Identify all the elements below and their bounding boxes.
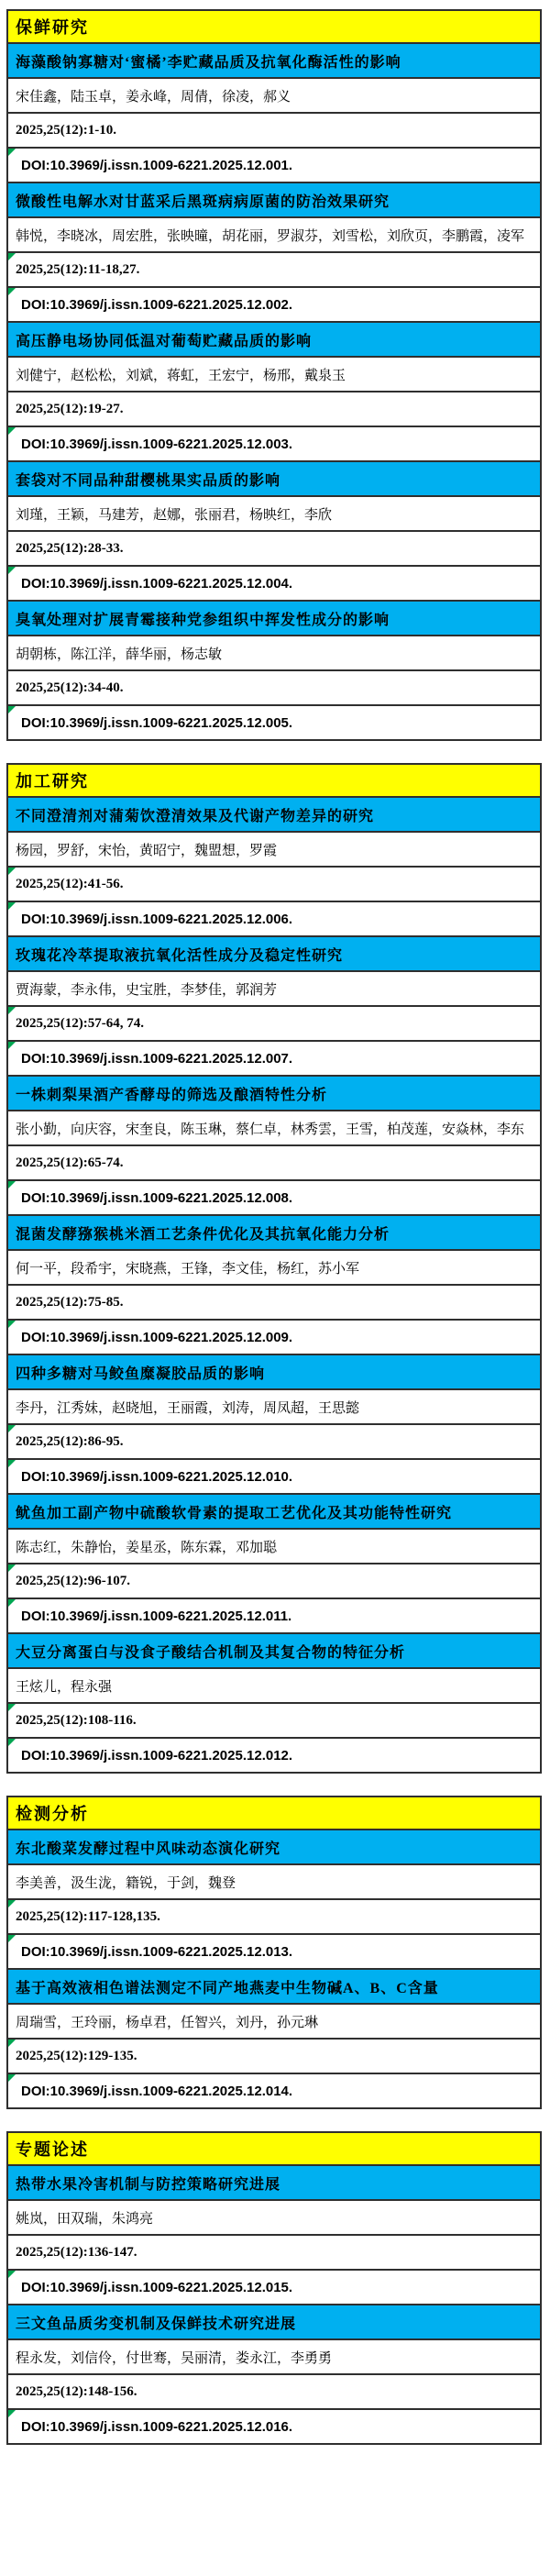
doi-text: DOI:10.3969/j.issn.1009-6221.2025.12.016… bbox=[21, 2419, 292, 2435]
article-citation: 2025,25(12):86-95. bbox=[6, 1423, 542, 1460]
article-citation: 2025,25(12):34-40. bbox=[6, 669, 542, 706]
article-doi: DOI:10.3969/j.issn.1009-6221.2025.12.014… bbox=[6, 2073, 542, 2109]
green-corner-indicator-icon bbox=[8, 1900, 16, 1907]
article-authors: 程永发，刘信伶，付世骞，吴丽清，娄永江，李勇勇 bbox=[6, 2338, 542, 2375]
doi-text: DOI:10.3969/j.issn.1009-6221.2025.12.004… bbox=[21, 576, 292, 591]
citation-text: 2025,25(12):11-18,27. bbox=[16, 262, 139, 278]
article-citation: 2025,25(12):11-18,27. bbox=[6, 251, 542, 288]
article-doi: DOI:10.3969/j.issn.1009-6221.2025.12.002… bbox=[6, 286, 542, 323]
article-title[interactable]: 东北酸菜发酵过程中风味动态演化研究 bbox=[6, 1829, 542, 1865]
article-doi: DOI:10.3969/j.issn.1009-6221.2025.12.004… bbox=[6, 565, 542, 602]
article-doi: DOI:10.3969/j.issn.1009-6221.2025.12.013… bbox=[6, 1933, 542, 1970]
article-doi: DOI:10.3969/j.issn.1009-6221.2025.12.016… bbox=[6, 2408, 542, 2445]
section-detection-analysis: 检测分析 东北酸菜发酵过程中风味动态演化研究 李美善，汲生泷，籍锐，于剑，魏登 … bbox=[6, 1796, 542, 2109]
doi-text: DOI:10.3969/j.issn.1009-6221.2025.12.012… bbox=[21, 1748, 292, 1763]
article-citation: 2025,25(12):28-33. bbox=[6, 530, 542, 567]
article-citation: 2025,25(12):136-147. bbox=[6, 2234, 542, 2271]
section-header: 保鲜研究 bbox=[6, 9, 542, 44]
green-corner-indicator-icon bbox=[8, 1564, 16, 1572]
section-header: 检测分析 bbox=[6, 1796, 542, 1830]
doi-text: DOI:10.3969/j.issn.1009-6221.2025.12.008… bbox=[21, 1190, 292, 1206]
article-doi: DOI:10.3969/j.issn.1009-6221.2025.12.010… bbox=[6, 1458, 542, 1495]
article-citation: 2025,25(12):1-10. bbox=[6, 112, 542, 149]
article-title[interactable]: 鱿鱼加工副产物中硫酸软骨素的提取工艺优化及其功能特性研究 bbox=[6, 1493, 542, 1530]
article-citation: 2025,25(12):129-135. bbox=[6, 2038, 542, 2074]
article-title[interactable]: 大豆分离蛋白与没食子酸结合机制及其复合物的特征分析 bbox=[6, 1632, 542, 1669]
article-citation: 2025,25(12):96-107. bbox=[6, 1563, 542, 1599]
green-corner-indicator-icon bbox=[8, 1704, 16, 1711]
article-authors: 刘瑾，王颖，马建芳，赵娜，张丽君，杨映红，李欣 bbox=[6, 495, 542, 532]
section-special-topics: 专题论述 热带水果冷害机制与防控策略研究进展 姚岚，田双瑞，朱鸿亮 2025,2… bbox=[6, 2131, 542, 2445]
article-citation: 2025,25(12):65-74. bbox=[6, 1144, 542, 1181]
article-doi: DOI:10.3969/j.issn.1009-6221.2025.12.003… bbox=[6, 426, 542, 462]
green-corner-indicator-icon bbox=[8, 1425, 16, 1432]
section-header: 加工研究 bbox=[6, 763, 542, 798]
citation-text: 2025,25(12):108-116. bbox=[16, 1713, 137, 1729]
doi-text: DOI:10.3969/j.issn.1009-6221.2025.12.014… bbox=[21, 2084, 292, 2099]
green-corner-indicator-icon bbox=[8, 427, 16, 435]
green-corner-indicator-icon bbox=[8, 2271, 16, 2278]
green-corner-indicator-icon bbox=[8, 1739, 16, 1746]
journal-toc-page: 保鲜研究 海藻酸钠寡糖对‘蜜橘’李贮藏品质及抗氧化酶活性的影响 宋佳鑫，陆玉卓，… bbox=[0, 0, 550, 2445]
doi-text: DOI:10.3969/j.issn.1009-6221.2025.12.010… bbox=[21, 1469, 292, 1485]
doi-text: DOI:10.3969/j.issn.1009-6221.2025.12.003… bbox=[21, 437, 292, 452]
article-doi: DOI:10.3969/j.issn.1009-6221.2025.12.015… bbox=[6, 2269, 542, 2305]
green-corner-indicator-icon bbox=[8, 288, 16, 295]
article-title[interactable]: 混菌发酵猕猴桃米酒工艺条件优化及其抗氧化能力分析 bbox=[6, 1214, 542, 1251]
article-authors: 姚岚，田双瑞，朱鸿亮 bbox=[6, 2199, 542, 2236]
doi-text: DOI:10.3969/j.issn.1009-6221.2025.12.001… bbox=[21, 158, 292, 173]
doi-text: DOI:10.3969/j.issn.1009-6221.2025.12.007… bbox=[21, 1051, 292, 1067]
article-citation: 2025,25(12):148-156. bbox=[6, 2373, 542, 2410]
article-doi: DOI:10.3969/j.issn.1009-6221.2025.12.012… bbox=[6, 1737, 542, 1774]
green-corner-indicator-icon bbox=[8, 706, 16, 713]
article-authors: 刘健宁，赵松松，刘斌，蒋虹，王宏宁，杨邢，戴泉玉 bbox=[6, 356, 542, 392]
article-authors: 贾海蒙，李永伟，史宝胜，李梦佳，郭润芳 bbox=[6, 970, 542, 1007]
article-title[interactable]: 四种多糖对马鲛鱼糜凝胶品质的影响 bbox=[6, 1354, 542, 1390]
article-citation: 2025,25(12):41-56. bbox=[6, 866, 542, 902]
article-title[interactable]: 套袋对不同品种甜樱桃果实品质的影响 bbox=[6, 460, 542, 497]
green-corner-indicator-icon bbox=[8, 2040, 16, 2047]
green-corner-indicator-icon bbox=[8, 1460, 16, 1467]
citation-text: 2025,25(12):129-135. bbox=[16, 2049, 137, 2064]
doi-text: DOI:10.3969/j.issn.1009-6221.2025.12.009… bbox=[21, 1330, 292, 1345]
article-doi: DOI:10.3969/j.issn.1009-6221.2025.12.001… bbox=[6, 147, 542, 183]
citation-text: 2025,25(12):86-95. bbox=[16, 1434, 123, 1450]
article-title[interactable]: 热带水果冷害机制与防控策略研究进展 bbox=[6, 2164, 542, 2201]
section-preservation-research: 保鲜研究 海藻酸钠寡糖对‘蜜橘’李贮藏品质及抗氧化酶活性的影响 宋佳鑫，陆玉卓，… bbox=[6, 9, 542, 741]
article-doi: DOI:10.3969/j.issn.1009-6221.2025.12.006… bbox=[6, 901, 542, 937]
article-doi: DOI:10.3969/j.issn.1009-6221.2025.12.007… bbox=[6, 1040, 542, 1077]
doi-text: DOI:10.3969/j.issn.1009-6221.2025.12.002… bbox=[21, 297, 292, 313]
article-citation: 2025,25(12):19-27. bbox=[6, 391, 542, 427]
article-authors: 胡朝栋，陈江洋，薛华丽，杨志敏 bbox=[6, 635, 542, 671]
green-corner-indicator-icon bbox=[8, 253, 16, 260]
article-authors: 何一平，段希宇，宋晓燕，王锋，李文佳，杨红，苏小军 bbox=[6, 1249, 542, 1286]
green-corner-indicator-icon bbox=[8, 868, 16, 875]
green-corner-indicator-icon bbox=[8, 149, 16, 156]
article-title[interactable]: 一株刺梨果酒产香酵母的筛选及酿酒特性分析 bbox=[6, 1075, 542, 1111]
article-title[interactable]: 三文鱼品质劣变机制及保鲜技术研究进展 bbox=[6, 2304, 542, 2340]
green-corner-indicator-icon bbox=[8, 2074, 16, 2082]
citation-text: 2025,25(12):96-107. bbox=[16, 1574, 130, 1589]
article-authors: 张小勤，向庆容，宋奎良，陈玉琳，蔡仁卓，林秀雲，王雪，柏茂莲，安焱林，李东 bbox=[6, 1110, 542, 1146]
green-corner-indicator-icon bbox=[8, 1321, 16, 1328]
green-corner-indicator-icon bbox=[8, 902, 16, 910]
citation-text: 2025,25(12):57-64, 74. bbox=[16, 1016, 144, 1032]
article-title[interactable]: 海藻酸钠寡糖对‘蜜橘’李贮藏品质及抗氧化酶活性的影响 bbox=[6, 42, 542, 79]
green-corner-indicator-icon bbox=[8, 2410, 16, 2417]
article-doi: DOI:10.3969/j.issn.1009-6221.2025.12.011… bbox=[6, 1598, 542, 1634]
article-citation: 2025,25(12):57-64, 74. bbox=[6, 1005, 542, 1042]
article-authors: 周瑞雪，王玲丽，杨卓君，任智兴，刘丹，孙元琳 bbox=[6, 2003, 542, 2040]
doi-text: DOI:10.3969/j.issn.1009-6221.2025.12.015… bbox=[21, 2280, 292, 2295]
article-citation: 2025,25(12):117-128,135. bbox=[6, 1898, 542, 1935]
green-corner-indicator-icon bbox=[8, 1042, 16, 1049]
article-citation: 2025,25(12):108-116. bbox=[6, 1702, 542, 1739]
article-title[interactable]: 基于高效液相色谱法测定不同产地燕麦中生物碱A、B、C含量 bbox=[6, 1968, 542, 2005]
green-corner-indicator-icon bbox=[8, 1935, 16, 1942]
article-authors: 李美善，汲生泷，籍锐，于剑，魏登 bbox=[6, 1863, 542, 1900]
article-title[interactable]: 臭氧处理对扩展青霉接种党参组织中挥发性成分的影响 bbox=[6, 600, 542, 636]
article-authors: 李丹，江秀妹，赵晓旭，王丽霞，刘涛，周凤超，王思懿 bbox=[6, 1388, 542, 1425]
article-title[interactable]: 玫瑰花冷萃提取液抗氧化活性成分及稳定性研究 bbox=[6, 935, 542, 972]
doi-text: DOI:10.3969/j.issn.1009-6221.2025.12.011… bbox=[21, 1609, 291, 1624]
doi-text: DOI:10.3969/j.issn.1009-6221.2025.12.013… bbox=[21, 1944, 292, 1960]
article-title[interactable]: 高压静电场协同低温对葡萄贮藏品质的影响 bbox=[6, 321, 542, 358]
article-title[interactable]: 微酸性电解水对甘蓝采后黑斑病病原菌的防治效果研究 bbox=[6, 182, 542, 218]
article-authors: 陈志红，朱静怡，姜星丞，陈东霖，邓加聪 bbox=[6, 1528, 542, 1564]
doi-text: DOI:10.3969/j.issn.1009-6221.2025.12.006… bbox=[21, 912, 292, 927]
article-title[interactable]: 不同澄清剂对蒲菊饮澄清效果及代谢产物差异的研究 bbox=[6, 796, 542, 833]
article-doi: DOI:10.3969/j.issn.1009-6221.2025.12.009… bbox=[6, 1319, 542, 1355]
article-authors: 王炫儿，程永强 bbox=[6, 1667, 542, 1704]
green-corner-indicator-icon bbox=[8, 1599, 16, 1607]
section-header: 专题论述 bbox=[6, 2131, 542, 2166]
green-corner-indicator-icon bbox=[8, 1181, 16, 1188]
article-authors: 宋佳鑫，陆玉卓，姜永峰，周倩，徐凌，郝义 bbox=[6, 77, 542, 114]
green-corner-indicator-icon bbox=[8, 567, 16, 574]
article-citation: 2025,25(12):75-85. bbox=[6, 1284, 542, 1321]
doi-text: DOI:10.3969/j.issn.1009-6221.2025.12.005… bbox=[21, 715, 292, 731]
citation-text: 2025,25(12):41-56. bbox=[16, 877, 123, 892]
article-doi: DOI:10.3969/j.issn.1009-6221.2025.12.005… bbox=[6, 704, 542, 741]
citation-text: 2025,25(12):117-128,135. bbox=[16, 1909, 160, 1925]
article-authors: 韩悦，李晓冰，周宏胜，张映曈，胡花丽，罗淑芬，刘雪松，刘欣页，李鹏霞，凌军 bbox=[6, 216, 542, 253]
article-authors: 杨园，罗舒，宋怡，黄昭宁，魏盟想，罗霞 bbox=[6, 831, 542, 868]
green-corner-indicator-icon bbox=[8, 1007, 16, 1014]
section-processing-research: 加工研究 不同澄清剂对蒲菊饮澄清效果及代谢产物差异的研究 杨园，罗舒，宋怡，黄昭… bbox=[6, 763, 542, 1774]
article-doi: DOI:10.3969/j.issn.1009-6221.2025.12.008… bbox=[6, 1179, 542, 1216]
